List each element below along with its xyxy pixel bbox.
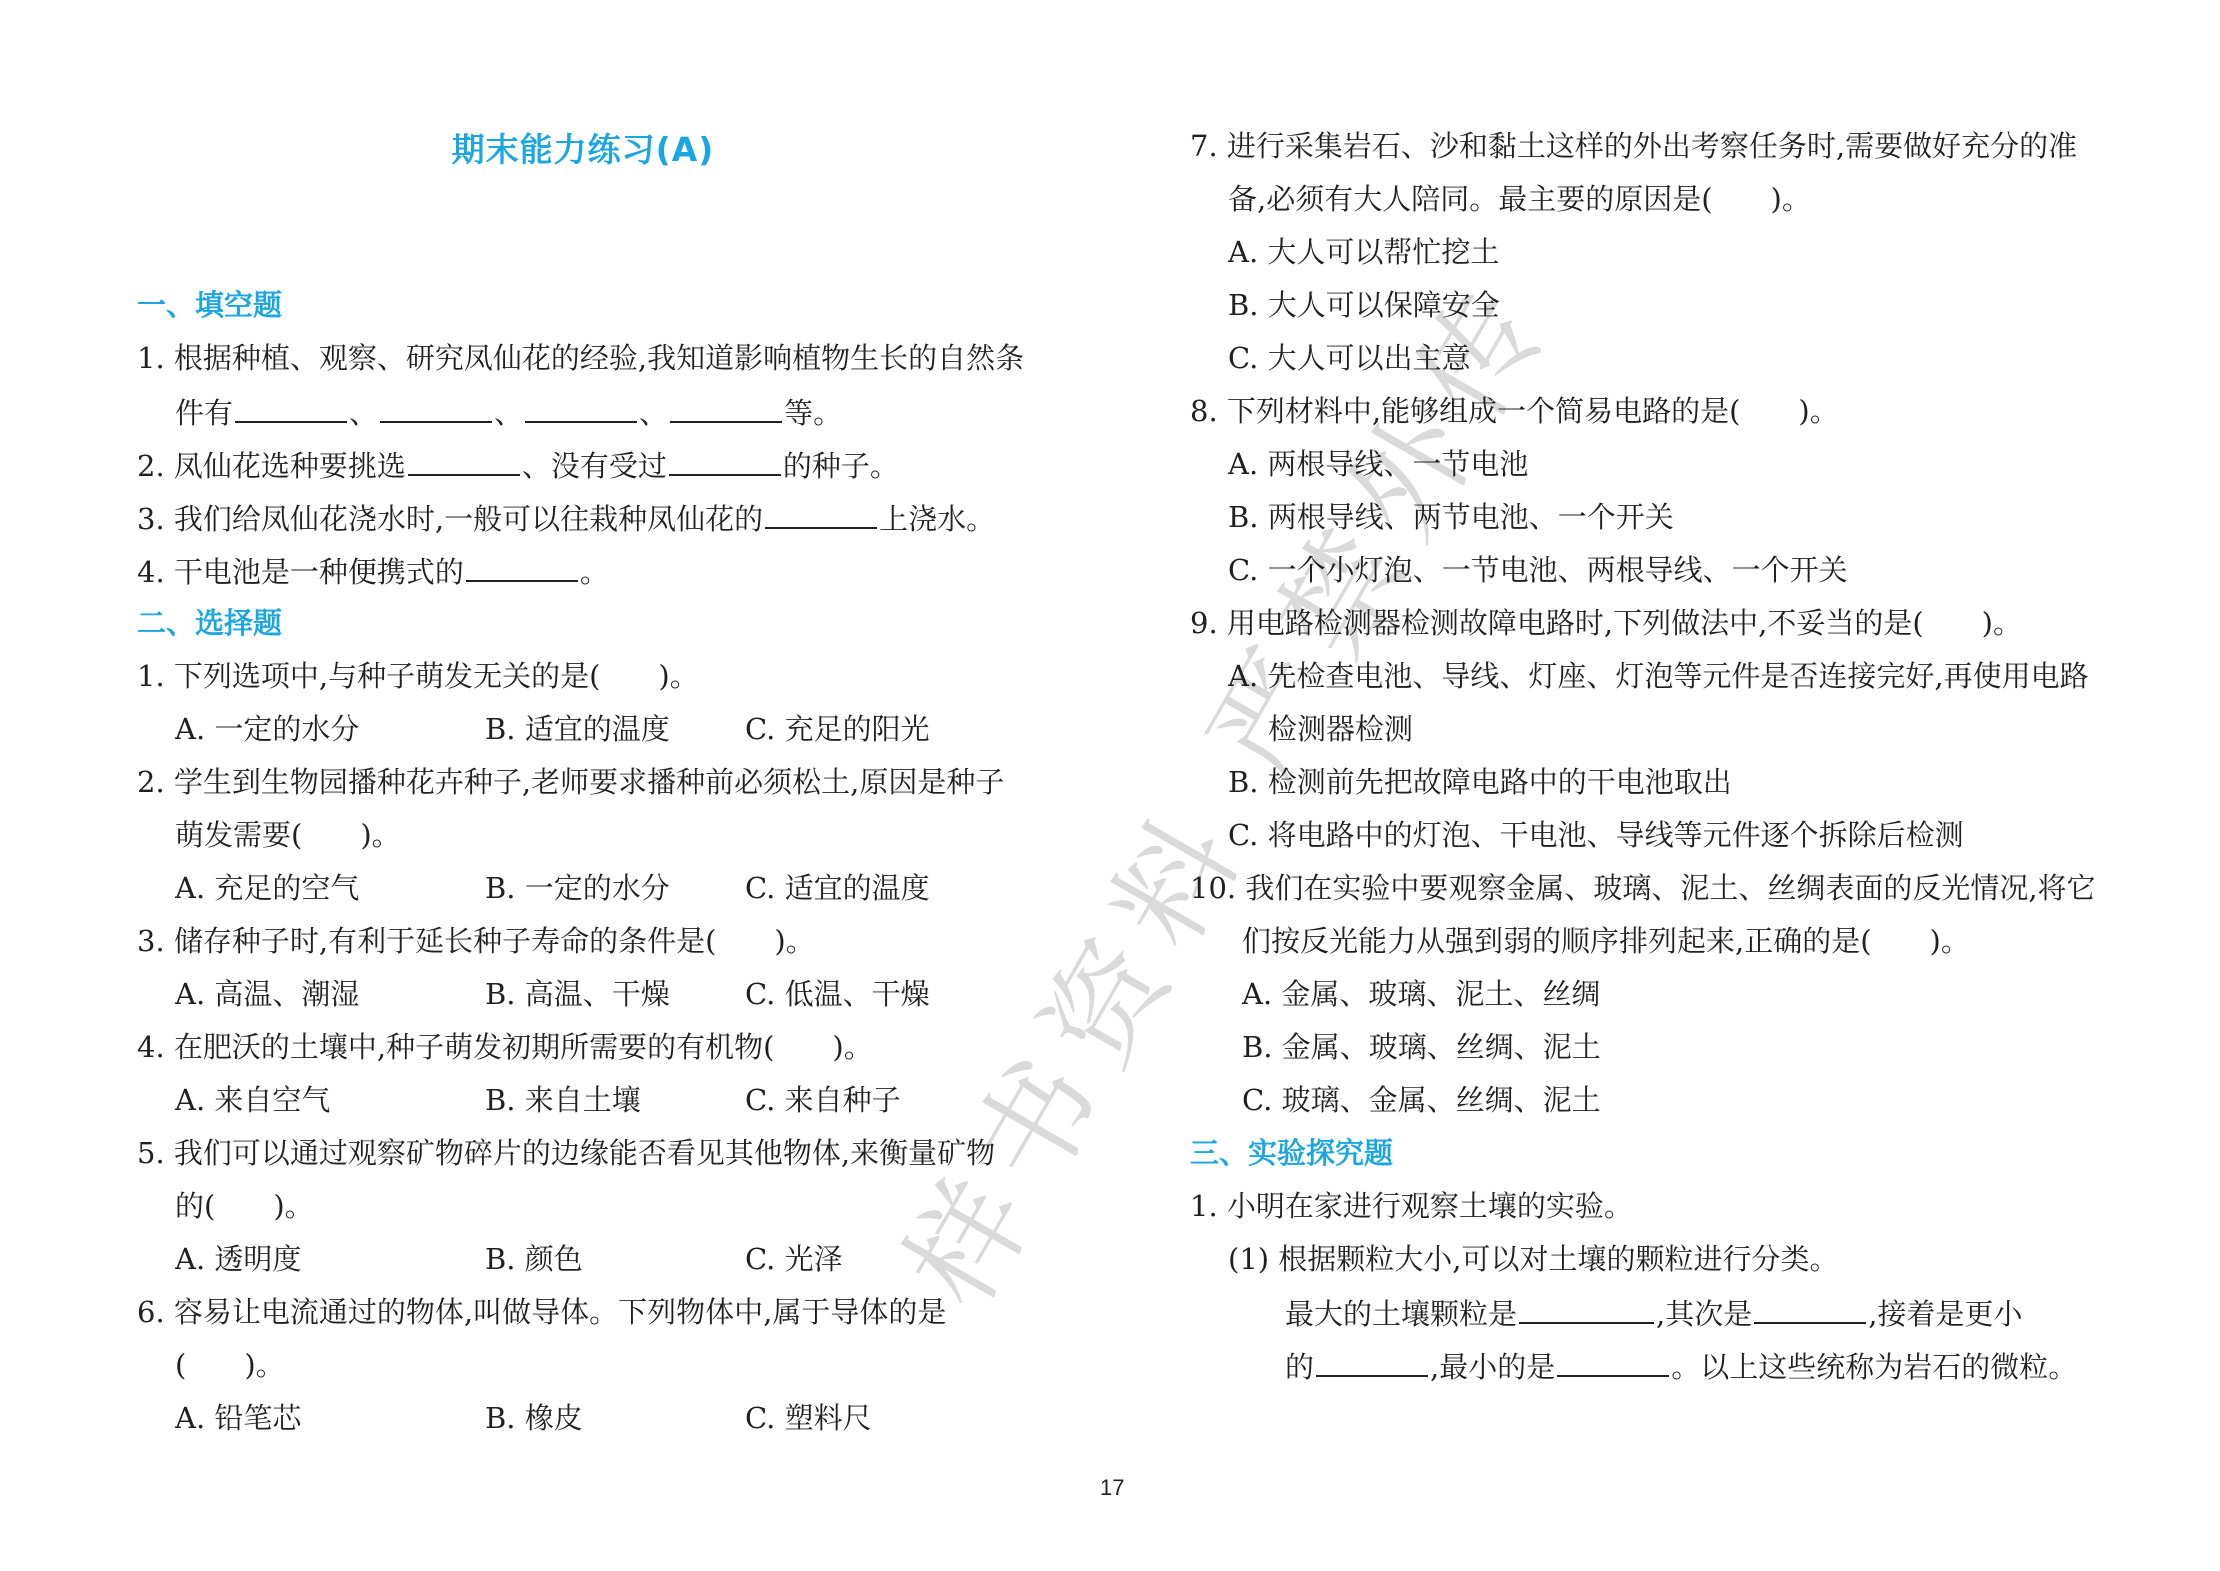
choice-q3-option-c[interactable]: C. 低温、干燥: [745, 974, 930, 1014]
text: 的: [1285, 1350, 1314, 1384]
text: 上浇水。: [879, 502, 995, 536]
answer-blank[interactable]: [1519, 1292, 1654, 1324]
experiment-q1-stem: 1. 小明在家进行观察土壤的实验。: [1190, 1186, 1633, 1226]
text: ,其次是: [1656, 1297, 1752, 1331]
choice-q10-stem-line2: 们按反光能力从强到弱的顺序排列起来,正确的是( )。: [1242, 921, 1970, 961]
answer-blank[interactable]: [380, 391, 492, 423]
choice-q4-stem: 4. 在肥沃的土壤中,种子萌发初期所需要的有机物( )。: [137, 1027, 873, 1067]
choice-q6-option-b[interactable]: B. 橡皮: [485, 1398, 583, 1438]
text: 件有: [175, 396, 233, 430]
choice-q8-option-a[interactable]: A. 两根导线、一节电池: [1228, 444, 1528, 484]
choice-q5-option-b[interactable]: B. 颜色: [485, 1239, 583, 1279]
page-title: 期末能力练习(A): [0, 124, 1166, 171]
choice-q2-stem-line1: 2. 学生到生物园播种花卉种子,老师要求播种前必须松土,原因是种子: [137, 762, 1004, 802]
text: 、没有受过: [522, 449, 667, 483]
choice-q4-option-b[interactable]: B. 来自土壤: [485, 1080, 641, 1120]
answer-blank[interactable]: [466, 550, 578, 582]
page-number: 17: [1100, 1475, 1124, 1501]
section-heading-experiment: 三、实验探究题: [1190, 1133, 1393, 1173]
choice-q7-stem-line2: 备,必须有大人陪同。最主要的原因是( )。: [1228, 179, 1811, 219]
experiment-q1-sub1: (1) 根据颗粒大小,可以对土壤的颗粒进行分类。: [1228, 1239, 1839, 1279]
text: 2. 凤仙花选种要挑选: [137, 449, 406, 483]
choice-q6-option-c[interactable]: C. 塑料尺: [745, 1398, 872, 1438]
choice-q5-stem-line2: 的( )。: [175, 1186, 314, 1226]
fill-q1-line1: 1. 根据种植、观察、研究凤仙花的经验,我知道影响植物生长的自然条: [137, 338, 1024, 378]
choice-q2-option-c[interactable]: C. 适宜的温度: [745, 868, 930, 908]
text: 。: [580, 555, 609, 589]
choice-q1-option-b[interactable]: B. 适宜的温度: [485, 709, 670, 749]
choice-q1-option-c[interactable]: C. 充足的阳光: [745, 709, 930, 749]
choice-q9-stem: 9. 用电路检测器检测故障电路时,下列做法中,不妥当的是( )。: [1190, 603, 2022, 643]
text: 4. 干电池是一种便携式的: [137, 555, 464, 589]
choice-q6-stem-line1: 6. 容易让电流通过的物体,叫做导体。下列物体中,属于导体的是: [137, 1292, 946, 1332]
text: 、: [494, 396, 523, 430]
text: 等。: [784, 396, 842, 430]
choice-q4-option-c[interactable]: C. 来自种子: [745, 1080, 901, 1120]
choice-q10-option-b[interactable]: B. 金属、玻璃、丝绸、泥土: [1242, 1027, 1601, 1067]
experiment-q1-sub1-line2: 的,最小的是。以上这些统称为岩石的微粒。: [1285, 1345, 2077, 1385]
choice-q7-stem-line1: 7. 进行采集岩石、沙和黏土这样的外出考察任务时,需要做好充分的准: [1190, 126, 2077, 166]
choice-q6-option-a[interactable]: A. 铅笔芯: [175, 1398, 301, 1438]
answer-blank[interactable]: [525, 391, 637, 423]
choice-q8-option-b[interactable]: B. 两根导线、两节电池、一个开关: [1228, 497, 1674, 537]
choice-q1-stem: 1. 下列选项中,与种子萌发无关的是( )。: [137, 656, 699, 696]
fill-q4: 4. 干电池是一种便携式的。: [137, 550, 609, 590]
choice-q10-option-c[interactable]: C. 玻璃、金属、丝绸、泥土: [1242, 1080, 1601, 1120]
choice-q10-stem-line1: 10. 我们在实验中要观察金属、玻璃、泥土、丝绸表面的反光情况,将它: [1190, 868, 2096, 908]
text: 最大的土壤颗粒是: [1285, 1297, 1517, 1331]
choice-q4-option-a[interactable]: A. 来自空气: [175, 1080, 330, 1120]
section-heading-fill: 一、填空题: [137, 285, 282, 325]
experiment-q1-sub1-line1: 最大的土壤颗粒是,其次是,接着是更小: [1285, 1292, 2022, 1332]
worksheet-page: 样书资料 严禁外传 期末能力练习(A) 一、填空题 1. 根据种植、观察、研究凤…: [0, 0, 2220, 1571]
fill-q2: 2. 凤仙花选种要挑选、没有受过的种子。: [137, 444, 899, 484]
choice-q5-stem-line1: 5. 我们可以通过观察矿物碎片的边缘能否看见其他物体,来衡量矿物: [137, 1133, 995, 1173]
choice-q9-option-a-cont: 检测器检测: [1268, 709, 1413, 749]
answer-blank[interactable]: [670, 391, 782, 423]
choice-q1-option-a[interactable]: A. 一定的水分: [175, 709, 359, 749]
answer-blank[interactable]: [669, 444, 781, 476]
fill-q3: 3. 我们给凤仙花浇水时,一般可以往栽种凤仙花的上浇水。: [137, 497, 995, 537]
text: 、: [639, 396, 668, 430]
text: ,最小的是: [1430, 1350, 1555, 1384]
answer-blank[interactable]: [765, 497, 877, 529]
answer-blank[interactable]: [1557, 1345, 1669, 1377]
text: 、: [349, 396, 378, 430]
choice-q7-option-a[interactable]: A. 大人可以帮忙挖土: [1228, 232, 1499, 272]
choice-q5-option-c[interactable]: C. 光泽: [745, 1239, 843, 1279]
choice-q2-stem-line2: 萌发需要( )。: [175, 815, 401, 855]
text: 3. 我们给凤仙花浇水时,一般可以往栽种凤仙花的: [137, 502, 763, 536]
choice-q5-option-a[interactable]: A. 透明度: [175, 1239, 301, 1279]
text: ,接着是更小: [1868, 1297, 2022, 1331]
text: 的种子。: [783, 449, 899, 483]
choice-q9-option-c[interactable]: C. 将电路中的灯泡、干电池、导线等元件逐个拆除后检测: [1228, 815, 1964, 855]
answer-blank[interactable]: [1754, 1292, 1866, 1324]
choice-q3-option-a[interactable]: A. 高温、潮湿: [175, 974, 359, 1014]
answer-blank[interactable]: [1316, 1345, 1428, 1377]
answer-blank[interactable]: [408, 444, 520, 476]
choice-q9-option-a[interactable]: A. 先检查电池、导线、灯座、灯泡等元件是否连接完好,再使用电路: [1228, 656, 2089, 696]
choice-q9-option-b[interactable]: B. 检测前先把故障电路中的干电池取出: [1228, 762, 1732, 802]
choice-q7-option-c[interactable]: C. 大人可以出主意: [1228, 338, 1471, 378]
fill-q1-line2: 件有、、、等。: [175, 391, 842, 431]
choice-q10-option-a[interactable]: A. 金属、玻璃、泥土、丝绸: [1242, 974, 1600, 1014]
choice-q6-stem-line2: ( )。: [175, 1345, 285, 1385]
choice-q2-option-b[interactable]: B. 一定的水分: [485, 868, 670, 908]
choice-q8-option-c[interactable]: C. 一个小灯泡、一节电池、两根导线、一个开关: [1228, 550, 1848, 590]
choice-q8-stem: 8. 下列材料中,能够组成一个简易电路的是( )。: [1190, 391, 1839, 431]
choice-q3-stem: 3. 储存种子时,有利于延长种子寿命的条件是( )。: [137, 921, 815, 961]
answer-blank[interactable]: [235, 391, 347, 423]
text: 。以上这些统称为岩石的微粒。: [1671, 1350, 2077, 1384]
choice-q7-option-b[interactable]: B. 大人可以保障安全: [1228, 285, 1500, 325]
section-heading-choice: 二、选择题: [137, 603, 282, 643]
choice-q3-option-b[interactable]: B. 高温、干燥: [485, 974, 670, 1014]
choice-q2-option-a[interactable]: A. 充足的空气: [175, 868, 359, 908]
